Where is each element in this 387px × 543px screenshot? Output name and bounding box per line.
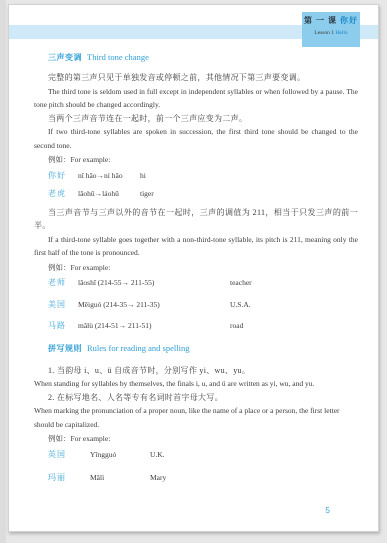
- paragraph-en: If a third-tone syllable goes together w…: [34, 233, 358, 260]
- book-page: 第 一 课 你好 Lesson 1 Hello 三声变调Third tone c…: [8, 4, 379, 532]
- section-heading-tone-change: 三声变调Third tone change: [48, 51, 358, 64]
- lesson-title-zh: 第 一 课 你好: [302, 12, 360, 26]
- paragraph-zh: 当三声音节与三声以外的音节在一起时，三声的调值为 211，相当于只发三声的前一半…: [34, 206, 358, 233]
- section-heading-en: Third tone change: [87, 52, 149, 62]
- lesson-name-en: Hello: [335, 30, 347, 36]
- example-pinyin: Yīngguó: [90, 448, 150, 462]
- example-row: 老虎 lǎohǔ→láohǔ tiger: [48, 187, 358, 201]
- example-pinyin: Měiguó (214-35→ 211-35): [78, 298, 230, 312]
- section-heading-spelling-rules: 拼写规则Rules for reading and spelling: [48, 342, 358, 355]
- page-number: 5: [325, 505, 330, 515]
- paragraph-zh: 完整的第三声只见于单独发音或停顿之前，其他情况下第三声要变调。: [34, 71, 358, 85]
- paragraph-en: If two third-tone syllables are spoken i…: [34, 125, 358, 152]
- section-heading-zh: 三声变调: [48, 53, 82, 62]
- example-hanzi: 老虎: [48, 187, 78, 201]
- page-content: 三声变调Third tone change 完整的第三声只见于单独发音或停顿之前…: [34, 51, 358, 495]
- paragraph-zh: 当两个三声音节连在一起时，前一个三声应变为二声。: [34, 112, 358, 126]
- example-label: 例如：For example:: [48, 261, 358, 275]
- example-row: 马路 mǎlù (214-51→ 211-51) road: [48, 319, 358, 333]
- lesson-badge: 第 一 课 你好 Lesson 1 Hello: [302, 12, 360, 47]
- paragraph-en: The third tone is seldom used in full ex…: [34, 85, 358, 112]
- example-row: 你好 nǐ hǎo→ní hǎo hi: [48, 169, 358, 183]
- example-meaning: U.S.A.: [230, 298, 251, 312]
- section-heading-en: Rules for reading and spelling: [87, 343, 189, 353]
- example-meaning: Mary: [150, 471, 166, 485]
- rule-zh: 2. 在标写地名、人名等专有名词时首字母大写。: [48, 391, 358, 405]
- example-row: 老师 lǎoshī (214-55→ 211-55) teacher: [48, 276, 358, 290]
- example-label: 例如：For example:: [48, 432, 358, 446]
- example-hanzi: 美国: [48, 298, 78, 312]
- example-row: 美国 Měiguó (214-35→ 211-35) U.S.A.: [48, 298, 358, 312]
- example-hanzi: 马路: [48, 319, 78, 333]
- example-row: 英国 Yīngguó U.K.: [48, 448, 358, 462]
- example-pinyin: lǎoshī (214-55→ 211-55): [78, 276, 230, 290]
- lesson-number-zh: 第 一 课: [304, 16, 337, 25]
- example-hanzi: 玛丽: [48, 471, 90, 485]
- example-pinyin: mǎlù (214-51→ 211-51): [78, 319, 230, 333]
- lesson-name-zh: 你好: [340, 16, 358, 25]
- example-row: 玛丽 Mǎlì Mary: [48, 471, 358, 485]
- example-label: 例如：For example:: [48, 153, 358, 167]
- rule-en: When standing for syllables by themselve…: [34, 377, 358, 391]
- example-hanzi: 老师: [48, 276, 78, 290]
- rule-en: When marking the pronunciation of a prop…: [34, 404, 358, 431]
- example-meaning: road: [230, 319, 243, 333]
- example-meaning: U.K.: [150, 448, 165, 462]
- example-meaning: tiger: [140, 187, 154, 201]
- rule-zh: 1. 当韵母 i、u、ü 自成音节时，分别写作 yi、wu、yu。: [48, 364, 358, 378]
- example-pinyin: nǐ hǎo→ní hǎo: [78, 169, 140, 183]
- example-hanzi: 英国: [48, 448, 90, 462]
- scanned-textbook-page: 第 一 课 你好 Lesson 1 Hello 三声变调Third tone c…: [0, 0, 387, 543]
- section-heading-zh: 拼写规则: [48, 344, 82, 353]
- example-pinyin: Mǎlì: [90, 471, 150, 485]
- example-meaning: teacher: [230, 276, 252, 290]
- example-hanzi: 你好: [48, 169, 78, 183]
- lesson-number-en: Lesson 1: [314, 30, 334, 36]
- example-meaning: hi: [140, 169, 146, 183]
- example-pinyin: lǎohǔ→láohǔ: [78, 187, 140, 201]
- lesson-title-en: Lesson 1 Hello: [302, 29, 360, 37]
